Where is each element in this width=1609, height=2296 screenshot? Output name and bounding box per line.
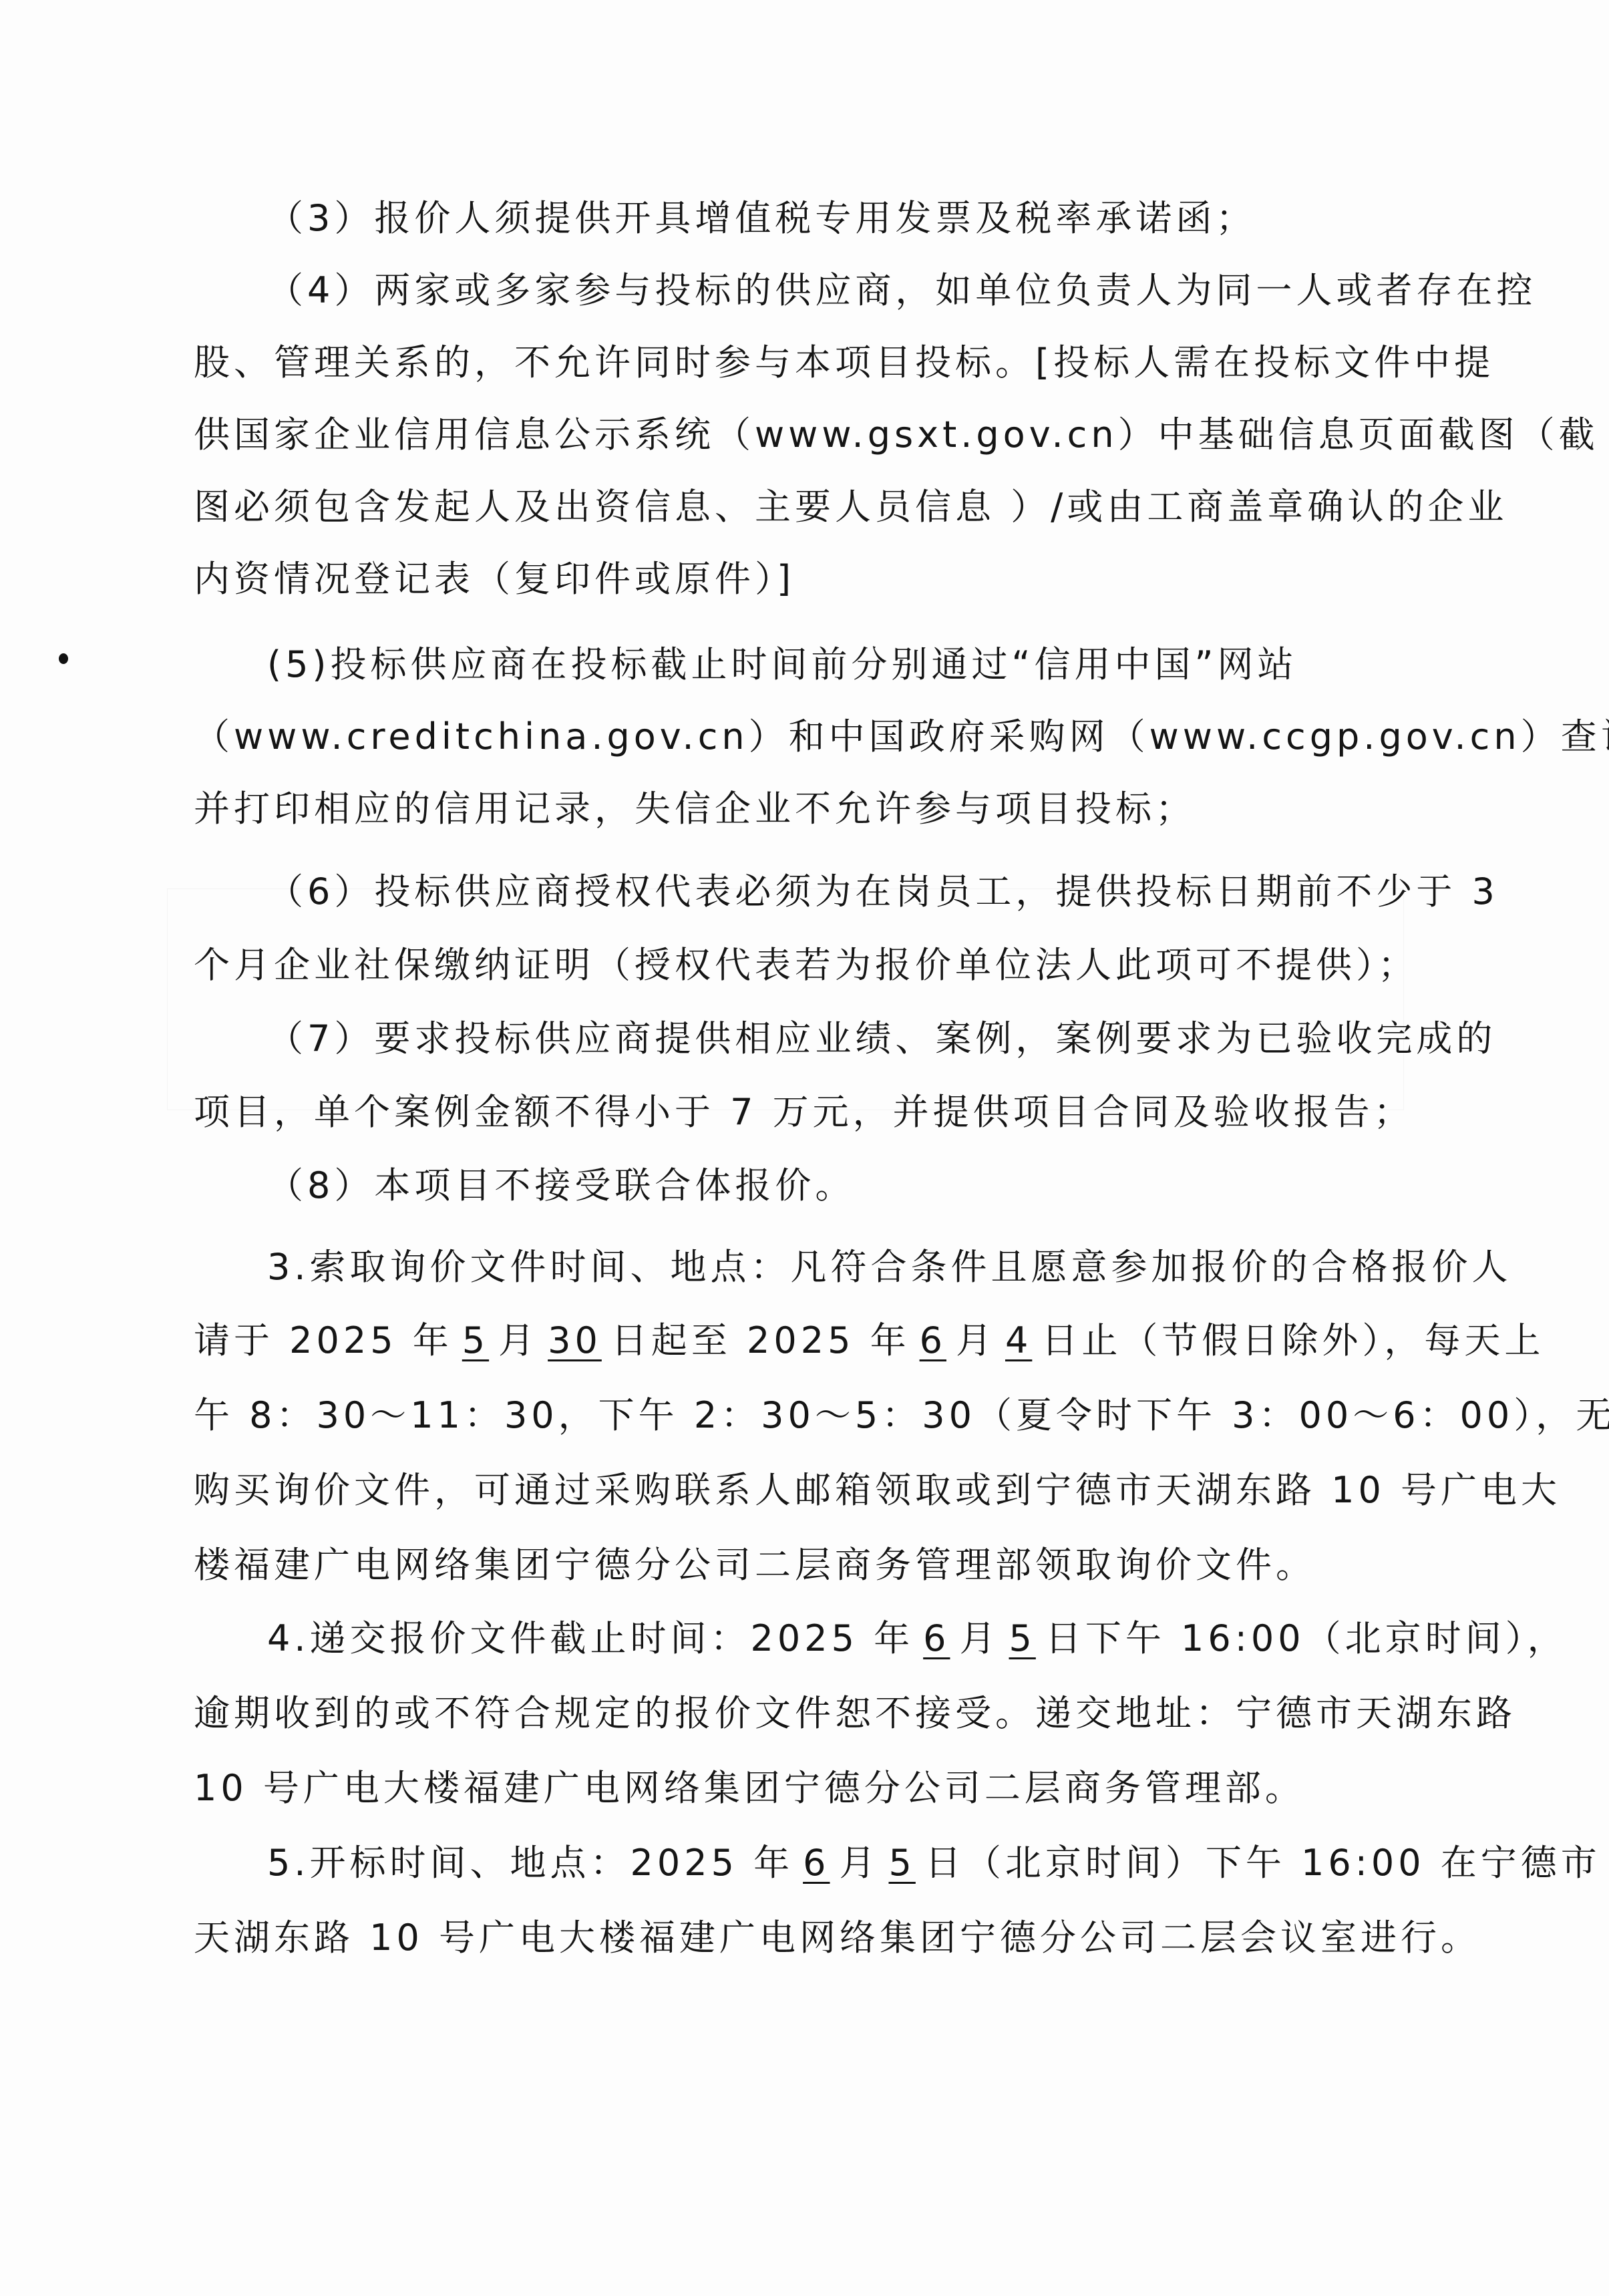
deadline-month: 6 [914,1615,959,1662]
text: 月 [498,1319,538,1361]
bleed-through-table [167,888,1404,1110]
text: 月 [956,1319,996,1361]
item-3: （3）报价人须提供开具增值税专用发票及税率承诺函； [267,195,1256,242]
start-day: 30 [538,1317,611,1364]
item-4-line-3: 供国家企业信用信息公示系统（www.gsxt.gov.cn）中基础信息页面截图（… [194,412,1599,458]
text: 日（北京时间）下午 16:00 在宁德市 [925,1842,1601,1884]
item-8: （8）本项目不接受联合体报价。 [267,1162,855,1209]
item-5-line-2: （www.creditchina.gov.cn）和中国政府采购网（www.ccg… [194,713,1609,760]
item-7-line-2: 项目，单个案例金额不得小于 7 万元，并提供项目合同及验收报告； [194,1089,1414,1136]
end-day: 4 [996,1317,1041,1364]
text: 日下午 16:00（北京时间）， [1045,1617,1568,1659]
text: 月 [959,1617,999,1659]
section-5-line-2: 天湖东路 10 号广电大楼福建广电网络集团宁德分公司二层会议室进行。 [194,1915,1481,1961]
item-4-line-1: （4）两家或多家参与投标的供应商，如单位负责人为同一人或者存在控 [267,267,1536,314]
item-5-line-1: (5)投标供应商在投标截止时间前分别通过“信用中国”网站 [267,641,1297,688]
text: 请于 2025 年 [194,1319,453,1361]
item-4-line-5: 内资情况登记表（复印件或原件）] [194,556,795,603]
start-month: 5 [453,1317,498,1364]
opening-month: 6 [793,1840,839,1887]
item-6-line-2: 个月企业社保缴纳证明（授权代表若为报价单位法人此项可不提供）； [194,942,1418,989]
section-5-line-1: 5.开标时间、地点：2025 年6月5日（北京时间）下午 16:00 在宁德市 [267,1840,1601,1887]
item-6-line-1: （6）投标供应商授权代表必须为在岗员工，提供投标日期前不少于 3 [267,868,1499,915]
section-3-line-1: 3.索取询价文件时间、地点：凡符合条件且愿意参加报价的合格报价人 [267,1244,1512,1291]
text: 日起至 2025 年 [611,1319,910,1361]
text: 5.开标时间、地点：2025 年 [267,1842,793,1884]
section-4-line-1: 4.递交报价文件截止时间：2025 年6月5日下午 16:00（北京时间）， [267,1615,1568,1662]
scanned-page: （3）报价人须提供开具增值税专用发票及税率承诺函； （4）两家或多家参与投标的供… [0,0,1609,2296]
deadline-day: 5 [999,1615,1045,1662]
text: 月 [839,1842,879,1884]
opening-day: 5 [879,1840,924,1887]
text: 4.递交报价文件截止时间：2025 年 [267,1617,914,1659]
item-4-line-2: 股、管理关系的，不允许同时参与本项目投标。[投标人需在投标文件中提 [194,339,1494,386]
section-3-line-2: 请于 2025 年5月30日起至 2025 年6月4日止（节假日除外），每天上 [194,1317,1544,1364]
text: 日止（节假日除外），每天上 [1041,1319,1544,1361]
item-5-line-3: 并打印相应的信用记录，失信企业不允许参与项目投标； [194,786,1196,832]
section-3-line-3: 午 8：30～11：30，下午 2：30～5：30（夏令时下午 3：00～6：0… [194,1392,1609,1439]
item-4-line-4: 图必须包含发起人及出资信息、主要人员信息 ）/或由工商盖章确认的企业 [194,484,1507,530]
end-month: 6 [910,1317,956,1364]
section-3-line-5: 楼福建广电网络集团宁德分公司二层商务管理部领取询价文件。 [194,1542,1316,1589]
section-4-line-2: 逾期收到的或不符合规定的报价文件恕不接受。递交地址：宁德市天湖东路 [194,1690,1516,1737]
scan-speck [59,653,68,664]
item-7-line-1: （7）要求投标供应商提供相应业绩、案例，案例要求为已验收完成的 [267,1015,1496,1062]
section-4-line-3: 10 号广电大楼福建广电网络集团宁德分公司二层商务管理部。 [194,1765,1305,1812]
section-3-line-4: 购买询价文件，可通过采购联系人邮箱领取或到宁德市天湖东路 10 号广电大 [194,1467,1561,1514]
